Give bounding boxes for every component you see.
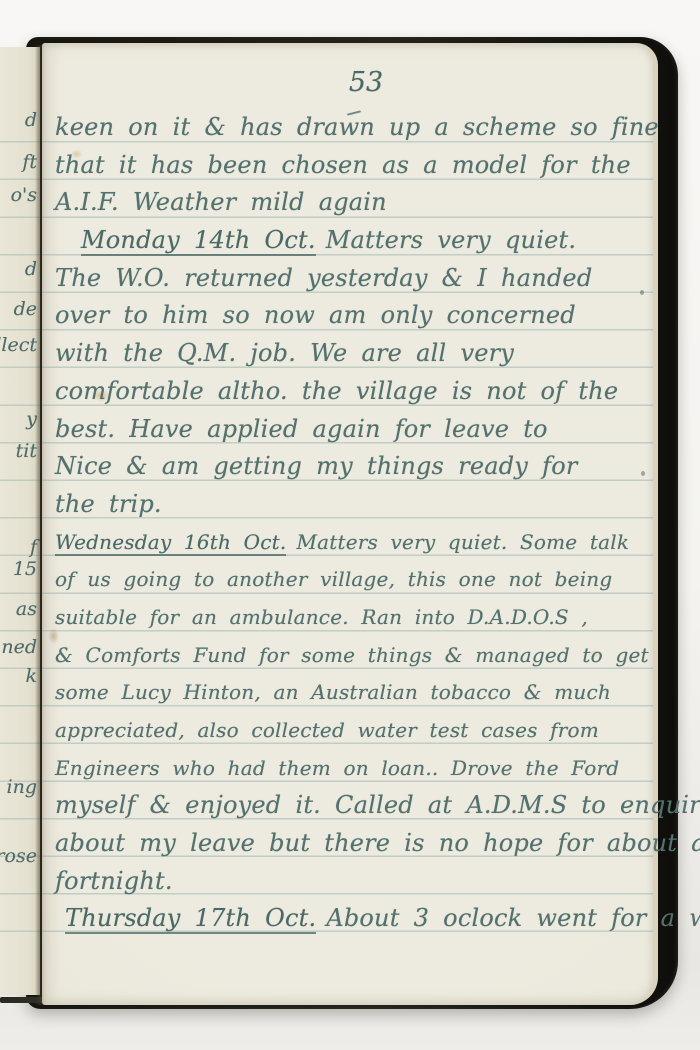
page-fragment: 15 (13, 558, 37, 580)
diary-line: Thursday 17th Oct.About 3 oclock went fo… (55, 900, 649, 938)
line-text: myself & enjoyed it. Called at A.D.M.S t… (55, 791, 700, 819)
line-text: about my leave but there is no hope for … (55, 829, 700, 857)
line-text: with the Q.M. job. We are all very (55, 339, 514, 367)
line-text: that it has been chosen as a model for t… (55, 151, 631, 179)
line-text: keen on it & has drawn up a scheme so fi… (55, 113, 659, 141)
entry-date: Wednesday 16th Oct. (55, 530, 286, 556)
page-fragment: ing (7, 776, 37, 798)
diary-line: Wednesday 16th Oct.Matters very quiet. S… (55, 524, 649, 562)
page-number: 53 (336, 67, 396, 98)
diary-line: Engineers who had them on loan.. Drove t… (55, 750, 649, 788)
page-fragment: o's (11, 184, 37, 206)
ruled-lines (0, 105, 40, 955)
diary-entries: keen on it & has drawn up a scheme so fi… (55, 109, 649, 938)
line-text: over to him so now am only concerned (55, 301, 576, 329)
page-fragment: llect (0, 334, 37, 356)
line-text: fortnight. (55, 867, 173, 895)
line-text: of us going to another village, this one… (55, 567, 612, 591)
left-page-edge: d ft o's d de llect y tit f 15 as ned k … (0, 47, 40, 995)
diary-line: about my leave but there is no hope for … (55, 825, 649, 863)
diary-line: over to him so now am only concerned (55, 297, 649, 335)
diary-line: the trip. (55, 486, 649, 524)
diary-line: Monday 14th Oct.Matters very quiet. (55, 222, 649, 260)
diary-page: 53 keen on it & has drawn up a scheme so… (42, 43, 658, 1005)
line-text: About 3 oclock went for a walk (326, 904, 700, 932)
page-fragment: as (16, 598, 37, 620)
page-fragment: tit (16, 440, 37, 462)
line-text: best. Have applied again for leave to (55, 415, 548, 443)
diary-line: some Lucy Hinton, an Australian tobacco … (55, 674, 649, 712)
diary-line: Nice & am getting my things ready for (55, 448, 649, 486)
diary-line: that it has been chosen as a model for t… (55, 147, 649, 185)
line-text: suitable for an ambulance. Ran into D.A.… (55, 605, 588, 629)
entry-date: Monday 14th Oct. (81, 226, 316, 256)
diary-line: best. Have applied again for leave to (55, 411, 649, 449)
page-fragment: de (14, 298, 37, 320)
page-fragment: d (25, 109, 37, 131)
page-fragment: ned (1, 636, 37, 658)
page-fragment: ft (22, 151, 37, 173)
line-text: Matters very quiet. Some talk (296, 530, 629, 554)
line-text: & Comforts Fund for some things & manage… (55, 643, 649, 667)
page-fragment: k (25, 665, 37, 687)
line-text: some Lucy Hinton, an Australian tobacco … (55, 680, 611, 704)
line-text: the trip. (55, 490, 162, 518)
diary-line: keen on it & has drawn up a scheme so fi… (55, 109, 649, 147)
line-text: The W.O. returned yesterday & I handed (55, 264, 592, 292)
line-text: appreciated, also collected water test c… (55, 718, 599, 742)
diary-line: with the Q.M. job. We are all very (55, 335, 649, 373)
diary-line: myself & enjoyed it. Called at A.D.M.S t… (55, 787, 649, 825)
page-fragment: f (30, 536, 37, 558)
page-fragment: rose (0, 845, 37, 867)
line-text: Nice & am getting my things ready for (55, 452, 578, 480)
line-text: Matters very quiet. (326, 226, 576, 254)
diary-line: fortnight. (55, 863, 649, 901)
diary-line: appreciated, also collected water test c… (55, 712, 649, 750)
diary-line: comfortable altho. the village is not of… (55, 373, 649, 411)
page-fragment: y (26, 408, 37, 430)
diary-line: of us going to another village, this one… (55, 561, 649, 599)
notebook-photo: d ft o's d de llect y tit f 15 as ned k … (0, 0, 700, 1050)
line-text: Engineers who had them on loan.. Drove t… (55, 756, 619, 780)
line-text: A.I.F. Weather mild again (55, 188, 387, 216)
line-text: comfortable altho. the village is not of… (55, 377, 618, 405)
entry-date: Thursday 17th Oct. (65, 904, 316, 934)
diary-line: The W.O. returned yesterday & I handed (55, 260, 649, 298)
diary-line: suitable for an ambulance. Ran into D.A.… (55, 599, 649, 637)
diary-line: & Comforts Fund for some things & manage… (55, 637, 649, 675)
page-fragment: d (25, 258, 37, 280)
diary-line: A.I.F. Weather mild again (55, 184, 649, 222)
